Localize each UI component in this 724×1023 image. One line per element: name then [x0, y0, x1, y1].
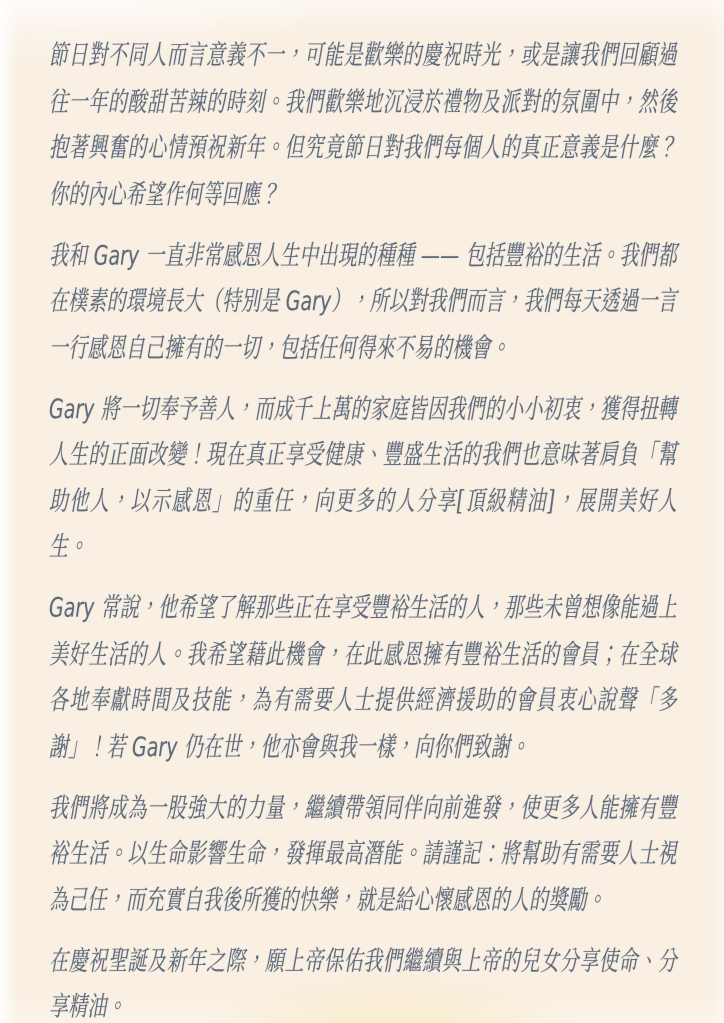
latin-text: Gary	[132, 731, 177, 762]
text-segment: 我們將成為一股強大的力量，繼續帶領同伴向前進發，使更多人能擁有豐裕生活。以生命影…	[49, 792, 677, 916]
paragraph: Gary 將一切奉予善人，而成千上萬的家庭皆因我們的小小初衷，獲得扭轉人生的正面…	[49, 386, 677, 571]
paragraph: 在慶祝聖誕及新年之際，願上帝保佑我們繼續與上帝的兒女分享使命、分享精油。	[49, 938, 677, 1023]
text-segment: 將一切奉予善人，而成千上萬的家庭皆因我們的小小初衷，獲得扭轉人生的正面改變！現在…	[49, 393, 677, 563]
paragraph: 我們將成為一股強大的力量，繼續帶領同伴向前進發，使更多人能擁有豐裕生活。以生命影…	[49, 785, 677, 923]
paragraph: 節日對不同人而言意義不一，可能是歡樂的慶祝時光，或是讓我們回顧過往一年的酸甜苦辣…	[49, 33, 677, 218]
latin-text: Gary	[286, 286, 331, 317]
text-segment: 我和	[49, 240, 94, 271]
text-segment: 在慶祝聖誕及新年之際，願上帝保佑我們繼續與上帝的兒女分享使命、分享精油。	[49, 945, 677, 1022]
document-page: 節日對不同人而言意義不一，可能是歡樂的慶祝時光，或是讓我們回顧過往一年的酸甜苦辣…	[0, 0, 724, 1023]
paragraph: 我和 Gary 一直非常感恩人生中出現的種種 —— 包括豐裕的生活。我們都在樸素…	[49, 233, 677, 371]
letter-body: 節日對不同人而言意義不一，可能是歡樂的慶祝時光，或是讓我們回顧過往一年的酸甜苦辣…	[49, 33, 677, 1023]
text-segment: 節日對不同人而言意義不一，可能是歡樂的慶祝時光，或是讓我們回顧過往一年的酸甜苦辣…	[49, 40, 677, 210]
latin-text: Gary	[49, 393, 94, 424]
paragraph: Gary 常說，他希望了解那些正在享受豐裕生活的人，那些未曾想像能過上美好生活的…	[49, 585, 677, 770]
latin-text: Gary	[94, 240, 139, 271]
latin-text: Gary	[49, 592, 94, 623]
text-segment: 仍在世，他亦會與我一樣，向你們致謝。	[177, 731, 529, 762]
